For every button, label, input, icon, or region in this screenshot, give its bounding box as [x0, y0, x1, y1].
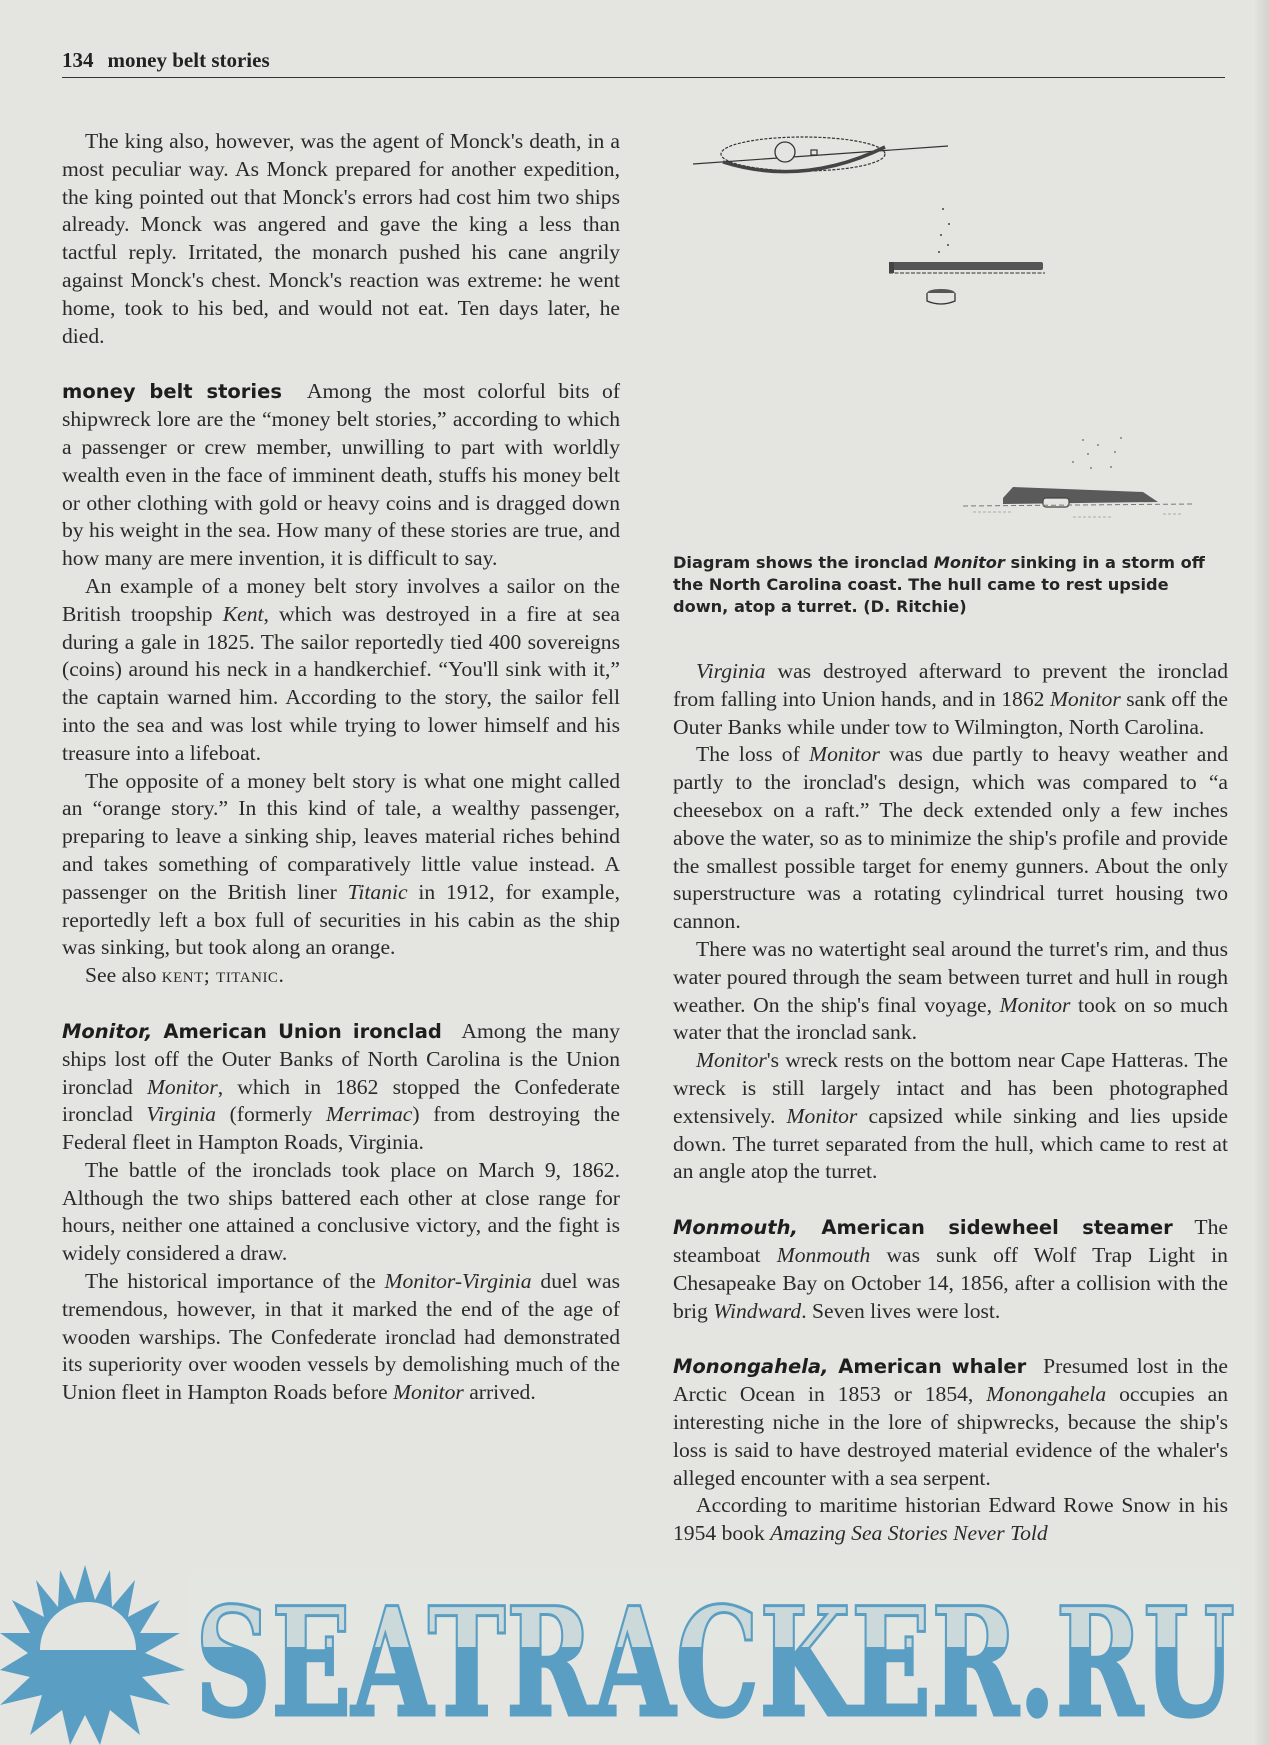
running-head: 134money belt stories [62, 48, 1225, 78]
ship-name: Monitor [809, 742, 880, 766]
ship-name: Monitor [787, 1104, 858, 1128]
ship-name: Monitor-Virginia [384, 1269, 531, 1293]
ship-name: Monitor [1000, 993, 1071, 1017]
hull-wreck-on-seabed-icon [963, 487, 1193, 517]
left-column: The king also, however, was the agent of… [62, 128, 620, 1407]
ship-name: Monitor [696, 1048, 767, 1072]
watermark-graphic: SEATRACKER.RU SEATRACKER.RU [0, 1565, 1269, 1745]
ship-name: Monongahela [986, 1382, 1106, 1406]
ship-name: Merrimac [326, 1102, 412, 1126]
right-column: Diagram shows the ironclad Monitor sinki… [673, 128, 1228, 1548]
ship-name: Virginia [146, 1102, 216, 1126]
sun-logo-icon [0, 1565, 185, 1745]
cross-reference: kent; titanic. [162, 963, 285, 987]
seatracker-watermark: SEATRACKER.RU SEATRACKER.RU [0, 1565, 1269, 1745]
ship-name: Windward [713, 1299, 801, 1323]
entry-headword: Monmouth, American sidewheel steamer [673, 1216, 1173, 1239]
turret-icon [927, 289, 955, 304]
ship-name: Monitor [1050, 687, 1121, 711]
monitor-sinking-diagram [673, 132, 1228, 536]
entry-paragraph: The loss of Monitor was due partly to he… [673, 741, 1228, 936]
entry-headword: Monongahela, American whaler [673, 1355, 1026, 1378]
entry-headword: Monitor, American Union ironclad [62, 1020, 442, 1043]
ship-name: Monitor [393, 1380, 464, 1404]
entry-monitor-continued: Virginia was destroyed afterward to prev… [673, 658, 1228, 1186]
book-title: Amazing Sea Stories Never Told [770, 1521, 1048, 1545]
ship-name: Monmouth [777, 1243, 871, 1267]
ship-name: Kent [223, 602, 264, 626]
book-page: 134money belt stories The king also, how… [0, 0, 1269, 1745]
paragraph-monck-death: The king also, however, was the agent of… [62, 128, 620, 350]
entry-paragraph: Virginia was destroyed afterward to prev… [673, 658, 1228, 741]
ship-name: Virginia [696, 659, 766, 683]
entry-paragraph: Monitor's wreck rests on the bottom near… [673, 1047, 1228, 1186]
debris-dots-lower [1072, 437, 1122, 469]
entry-monitor: Monitor, American Union ironclad Among t… [62, 1018, 620, 1407]
debris-dots [938, 208, 950, 253]
entry-monongahela: Monongahela, American whaler Presumed lo… [673, 1353, 1228, 1548]
page-number: 134 [62, 48, 94, 72]
entry-paragraph: The opposite of a money belt story is wh… [62, 768, 620, 963]
entry-money-belt-stories: money belt stories Among the most colorf… [62, 378, 620, 990]
entry-paragraph: An example of a money belt story involve… [62, 573, 620, 768]
ship-name: Monitor [147, 1075, 218, 1099]
running-title: money belt stories [108, 48, 270, 72]
watermark-text: SEATRACKER.RU [195, 1575, 1235, 1745]
entry-paragraph: Monitor, American Union ironclad Among t… [62, 1018, 620, 1157]
watermark-text-outline: SEATRACKER.RU [195, 1575, 1235, 1745]
entry-paragraph: The battle of the ironclads took place o… [62, 1157, 620, 1268]
entry-paragraph: There was no watertight seal around the … [673, 936, 1228, 1047]
entry-paragraph: The historical importance of the Monitor… [62, 1268, 620, 1407]
entry-monmouth: Monmouth, American sidewheel steamer The… [673, 1214, 1228, 1325]
ship-name: Titanic [348, 880, 408, 904]
see-also: See also kent; titanic. [62, 962, 620, 990]
entry-paragraph: money belt stories Among the most colorf… [62, 378, 620, 573]
sinking-sequence-illustration [673, 132, 1228, 536]
entry-paragraph: Monmouth, American sidewheel steamer The… [673, 1214, 1228, 1325]
ship-name: Monitor [934, 553, 1005, 572]
page-gutter-shadow [1253, 0, 1269, 1745]
hull-sinking-side-icon [889, 262, 1045, 273]
entry-headword: money belt stories [62, 380, 282, 403]
entry-paragraph: According to maritime historian Edward R… [673, 1492, 1228, 1548]
figure-caption: Diagram shows the ironclad Monitor sinki… [673, 552, 1228, 618]
entry-paragraph: Monongahela, American whaler Presumed lo… [673, 1353, 1228, 1492]
hull-top-view-icon [693, 137, 948, 172]
